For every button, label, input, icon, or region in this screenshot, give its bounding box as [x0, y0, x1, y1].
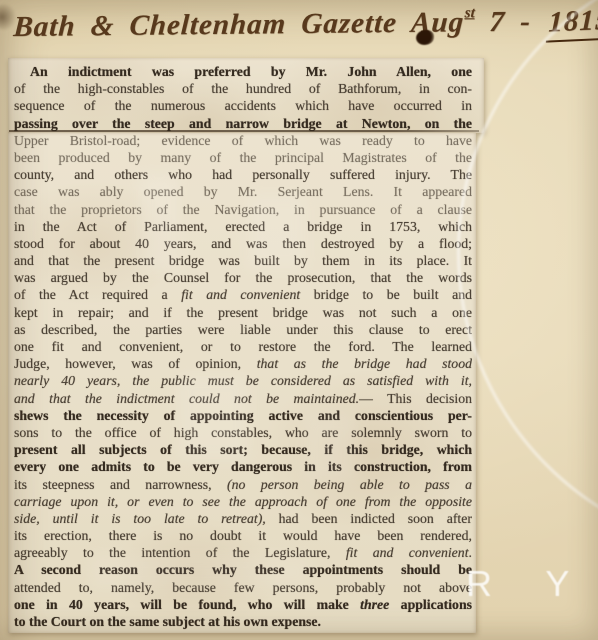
article-line: as described, the parties were liable un… — [14, 321, 472, 338]
article-line: its steepness and narrowness, (no person… — [14, 476, 472, 493]
article-line: and that the present bridge was built by… — [14, 252, 472, 269]
article-line: A second reason occurs why these appoint… — [14, 561, 472, 578]
annotation-date: 7 - — [473, 6, 532, 39]
article-line: to the Court on the same subject at his … — [14, 613, 472, 630]
article-line: present all subjects of this sort; becau… — [14, 441, 472, 458]
scanned-page: Bath & Cheltenham Gazette Augst 7 - 1815… — [0, 0, 598, 640]
article-line: its erection, there is no doubt it would… — [14, 527, 472, 544]
article-line: in the Act of Parliament, erected a brid… — [14, 218, 472, 235]
article-line: one in 40 years, will be found, who will… — [14, 596, 472, 613]
annotation-title: Bath & Cheltenham Gazette Aug — [13, 6, 466, 43]
article-line: that the proprietors of the Navigation, … — [14, 201, 472, 218]
article-line: stood for about 40 years, and was then d… — [14, 235, 472, 252]
article-line: Judge, however, was of opinion, that as … — [14, 355, 472, 372]
article-line: shews the necessity of appointing active… — [14, 407, 472, 424]
article-line: sequence of the numerous accidents which… — [14, 97, 472, 114]
article-line: one fit and convenient, or to restore th… — [14, 338, 472, 355]
article-line: attended to, namely, because few persons… — [14, 579, 472, 596]
article-line: sons to the office of high constables, w… — [14, 424, 472, 441]
article-line: case was ably opened by Mr. Serjeant Len… — [14, 183, 472, 200]
article-line: was argued by the Counsel for the prosec… — [14, 269, 472, 286]
article-line: and that the indictment could not be mai… — [14, 390, 472, 407]
ink-blot — [416, 30, 434, 45]
article-line: kept in repair; and if the present bridg… — [14, 304, 472, 321]
article-line: carriage upon it, or even to see the app… — [14, 493, 472, 510]
article-line: An indictment was preferred by Mr. John … — [14, 63, 472, 80]
annotation-year-underlined: 1815 — [546, 4, 598, 43]
article-line: nearly 40 years, the public must be cons… — [14, 372, 472, 389]
article-line: of the Act required a fit and convenient… — [14, 286, 472, 303]
article-line: every one admits to be very dangerous in… — [14, 458, 472, 475]
article-text: An indictment was preferred by Mr. John … — [14, 63, 472, 633]
handwritten-annotation: Bath & Cheltenham Gazette Augst 7 - 1815 — [12, 4, 593, 60]
article-line: county, and others who had personally su… — [14, 166, 472, 183]
article-line: side, until it is too late to retreat), … — [14, 510, 472, 527]
watermark-letters: R Y — [466, 563, 596, 605]
article-line: Upper Bristol-road; evidence of which wa… — [14, 132, 472, 149]
article-line: agreeably to the intention of the Legisl… — [14, 544, 472, 561]
article-line: of the high-constables of the hundred of… — [14, 80, 472, 97]
article-line: passing over the steep and narrow bridge… — [14, 115, 472, 132]
article-line: been produced by many of the principal M… — [14, 149, 472, 166]
